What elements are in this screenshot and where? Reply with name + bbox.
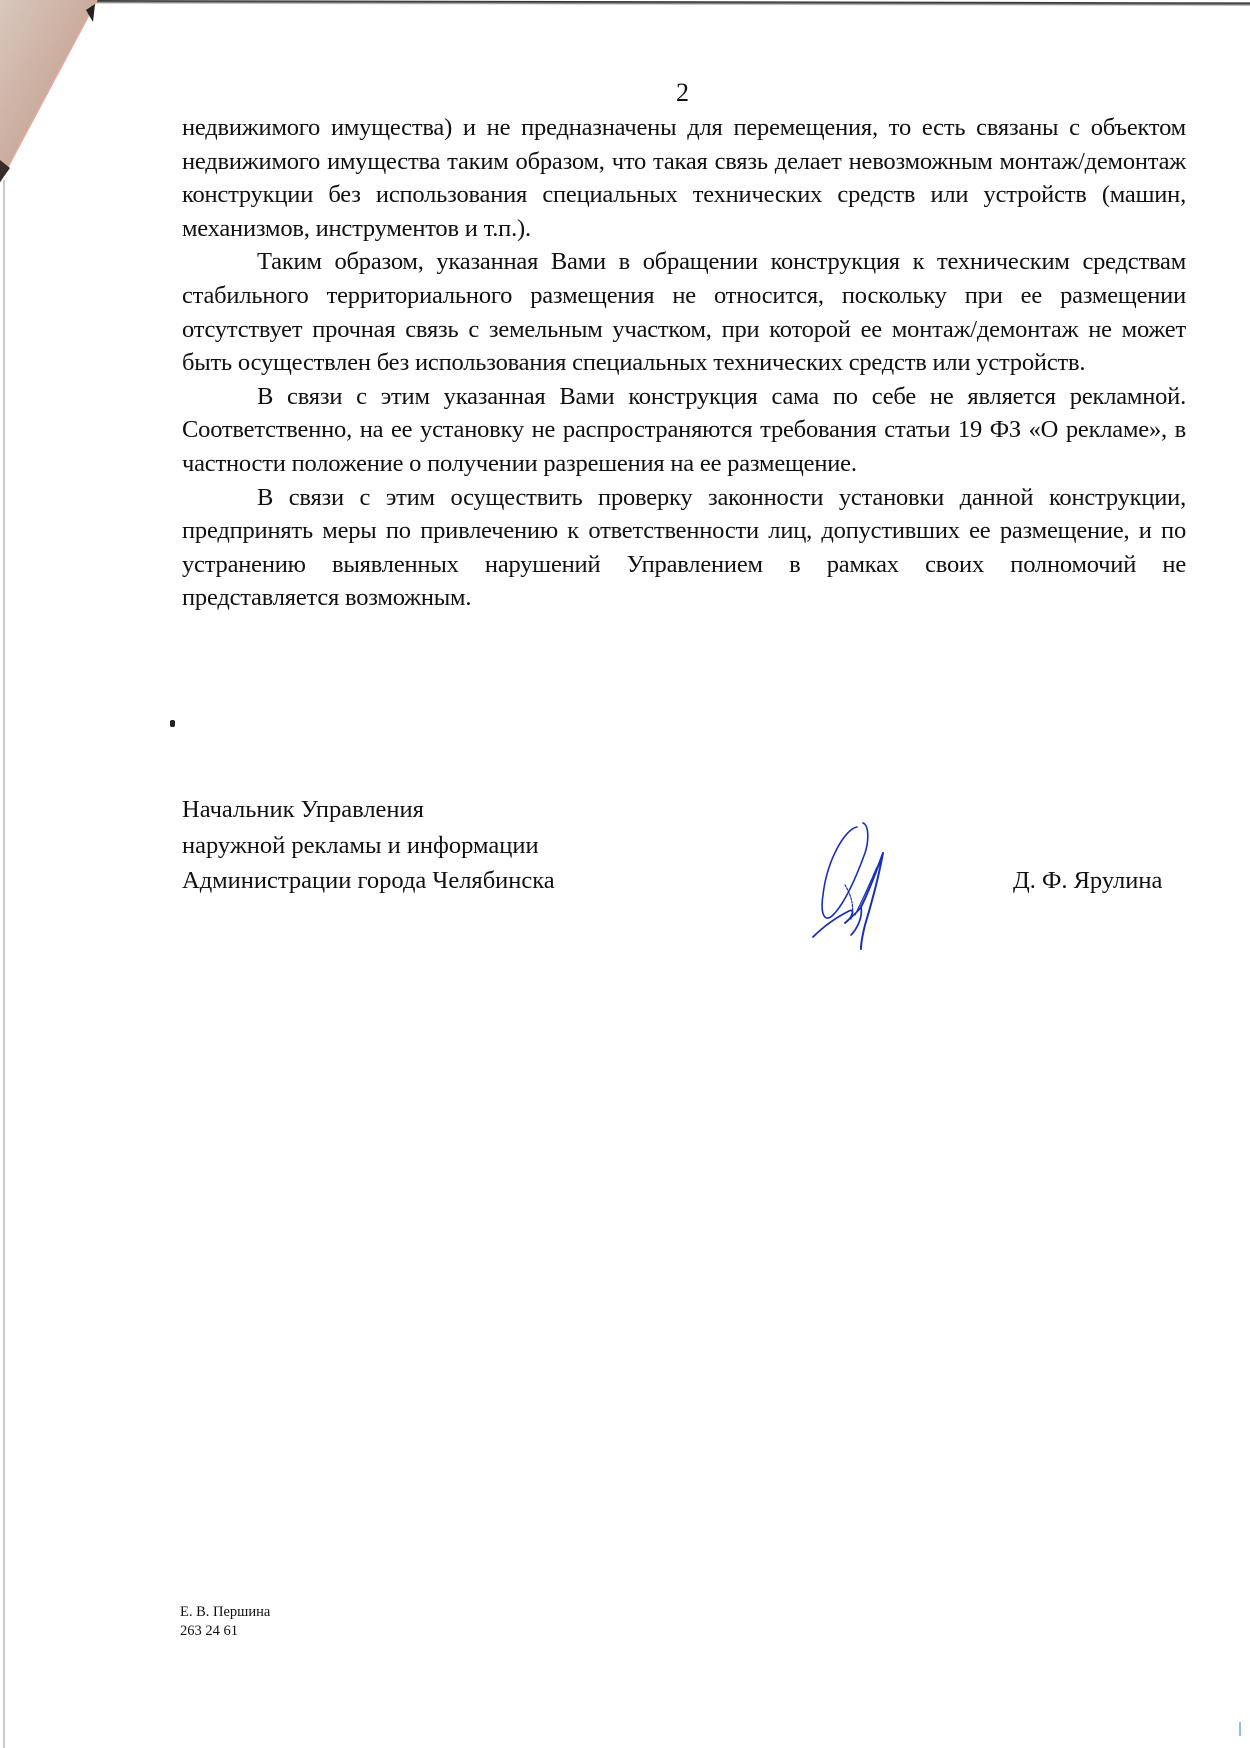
paragraph-2: Таким образом, указанная Вами в обращени… [182, 245, 1186, 379]
executor-phone: 263 24 61 [180, 1622, 270, 1641]
handwritten-signature-icon [805, 815, 915, 955]
position-line-1: Начальник Управления [182, 792, 555, 828]
scan-speck [170, 720, 175, 727]
folded-corner-icon [0, 0, 100, 185]
signatory-name: Д. Ф. Ярулина [1013, 863, 1162, 899]
letter-body: недвижимого имущества) и не предназначен… [182, 111, 1186, 615]
scan-page-edge-left [3, 180, 5, 1748]
signatory-position: Начальник Управления наружной рекламы и … [182, 792, 555, 899]
executor-info: Е. В. Першина 263 24 61 [180, 1603, 270, 1641]
paragraph-4: В связи с этим осуществить проверку зако… [182, 481, 1186, 615]
paragraph-3: В связи с этим указанная Вами конструкци… [182, 380, 1186, 481]
executor-name: Е. В. Першина [180, 1603, 270, 1622]
paragraph-1: недвижимого имущества) и не предназначен… [182, 111, 1186, 245]
position-line-2: наружной рекламы и информации [182, 828, 555, 864]
page-number: 2 [676, 78, 689, 108]
position-line-3: Администрации города Челябинска [182, 863, 555, 899]
scan-page-edge-top [95, 0, 1250, 6]
scan-speck-blue [1239, 1722, 1241, 1736]
